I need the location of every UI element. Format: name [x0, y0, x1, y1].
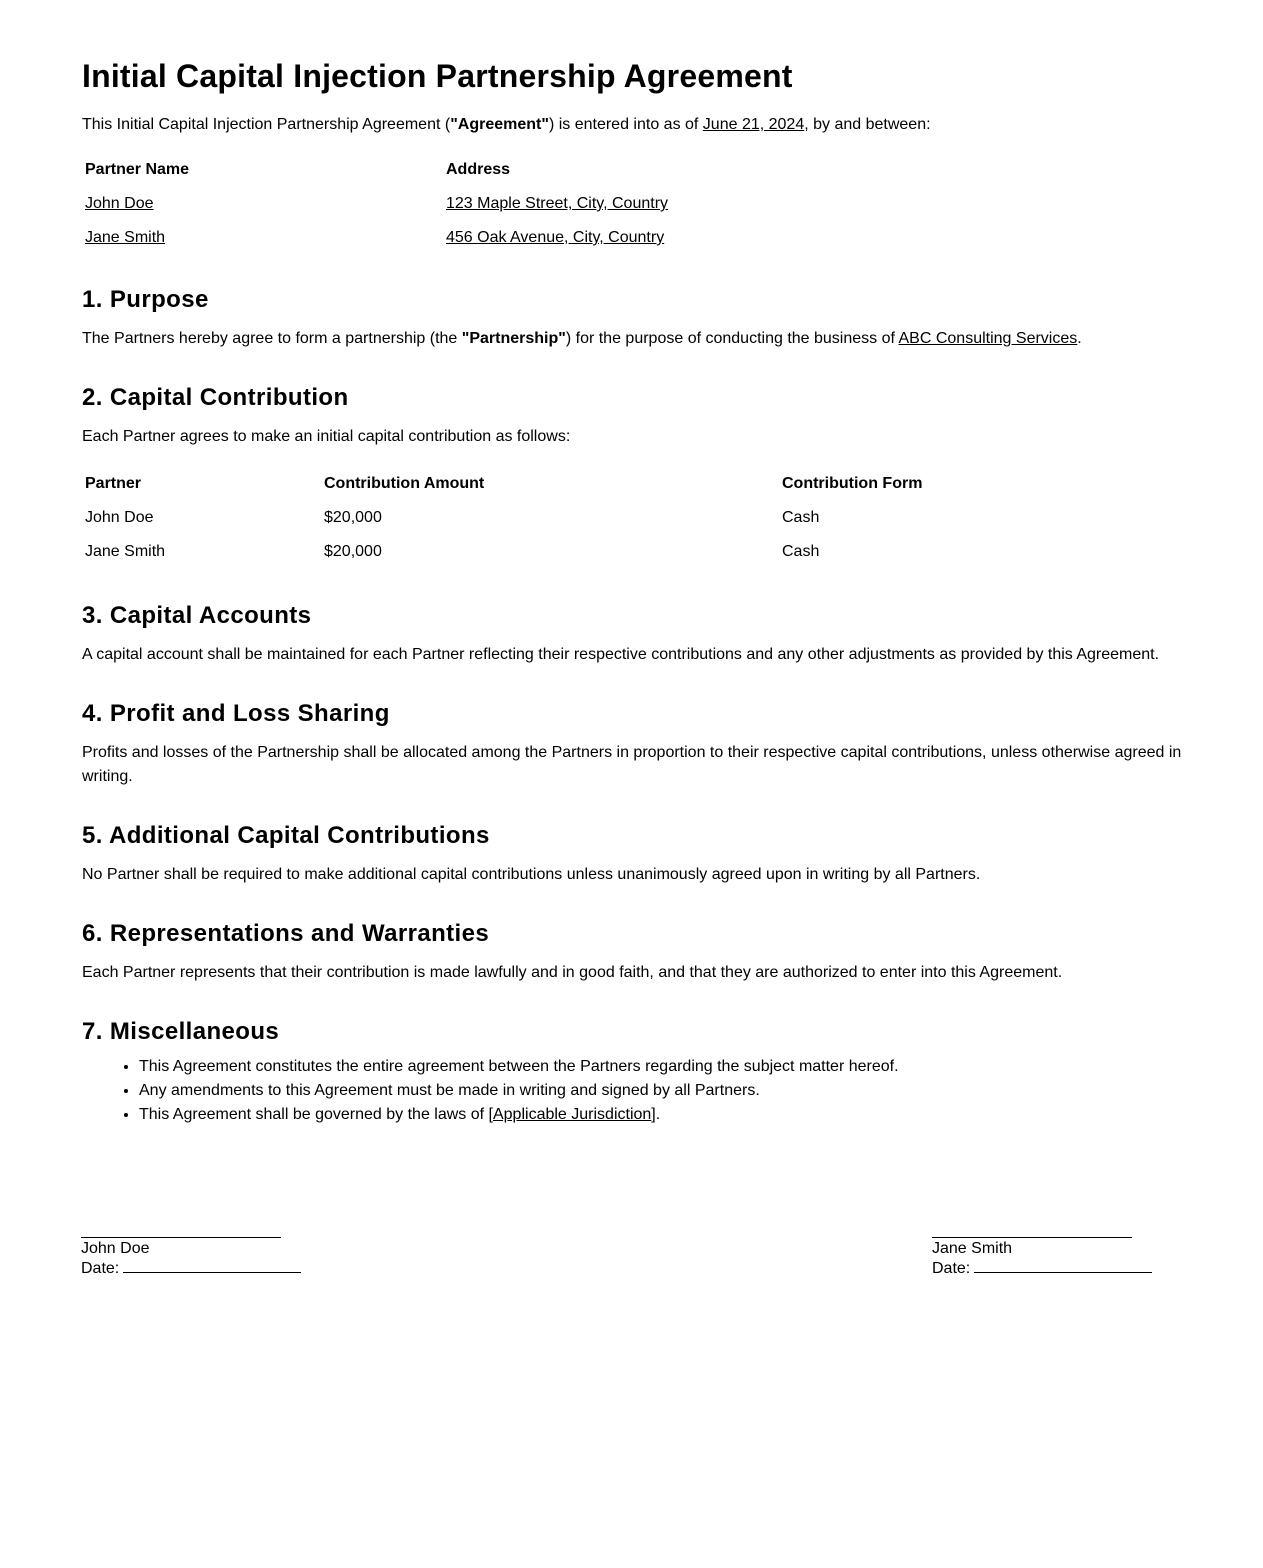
table-row: John Doe $20,000 Cash [85, 506, 922, 540]
column-header: Address [446, 158, 668, 192]
intro-text: ) is entered into as of [549, 116, 703, 133]
partner-address: 456 Oak Avenue, City, Country [446, 226, 668, 260]
agreement-document: Initial Capital Injection Partnership Ag… [82, 56, 1182, 260]
misc-list: This Agreement constitutes the entire ag… [82, 1055, 1182, 1127]
section-capital-accounts: 3. Capital Accounts A capital account sh… [82, 601, 1182, 667]
table-header-row: Partner Name Address [85, 158, 668, 192]
amount-cell: $20,000 [324, 540, 782, 574]
partner-address: 123 Maple Street, City, Country [446, 192, 668, 226]
date-field: Date: [81, 1258, 301, 1278]
business-name: ABC Consulting Services [899, 330, 1078, 347]
table-header-row: Partner Contribution Amount Contribution… [85, 472, 922, 506]
contribution-table: Partner Contribution Amount Contribution… [85, 472, 922, 574]
column-header: Partner [85, 472, 324, 506]
defined-term-agreement: "Agreement" [450, 116, 549, 133]
list-item-text: ]. [651, 1106, 660, 1123]
section-text: Each Partner represents that their contr… [82, 961, 1182, 985]
date-line [123, 1258, 301, 1273]
section-heading: 3. Capital Accounts [82, 601, 1182, 631]
purpose-text: The Partners hereby agree to form a part… [82, 330, 462, 347]
section-text: Profits and losses of the Partnership sh… [82, 741, 1182, 789]
section-profit-loss: 4. Profit and Loss Sharing Profits and l… [82, 699, 1182, 789]
signatory-name: John Doe [81, 1240, 301, 1258]
purpose-text: ) for the purpose of conducting the busi… [566, 330, 899, 347]
table-row: Jane Smith $20,000 Cash [85, 540, 922, 574]
signature-line [932, 1225, 1132, 1238]
date-label: Date: [932, 1260, 970, 1277]
section-heading: 7. Miscellaneous [82, 1017, 1182, 1047]
list-item: Any amendments to this Agreement must be… [139, 1079, 1182, 1103]
section-purpose: 1. Purpose The Partners hereby agree to … [82, 285, 1182, 351]
section-text: A capital account shall be maintained fo… [82, 643, 1182, 667]
section-miscellaneous: 7. Miscellaneous This Agreement constitu… [82, 1017, 1182, 1127]
section-capital-contribution: 2. Capital Contribution Each Partner agr… [82, 383, 1182, 574]
signature-block-jane-smith: Jane Smith Date: [932, 1225, 1152, 1278]
section-text: No Partner shall be required to make add… [82, 863, 1182, 887]
agreement-date: June 21, 2024 [703, 116, 804, 133]
defined-term-partnership: "Partnership" [462, 330, 566, 347]
section-heading: 6. Representations and Warranties [82, 919, 1182, 949]
purpose-text: . [1077, 330, 1081, 347]
intro-text: This Initial Capital Injection Partnersh… [82, 116, 450, 133]
date-label: Date: [81, 1260, 119, 1277]
table-row: Jane Smith 456 Oak Avenue, City, Country [85, 226, 668, 260]
jurisdiction-placeholder: Applicable Jurisdiction [493, 1106, 651, 1123]
intro-paragraph: This Initial Capital Injection Partnersh… [82, 113, 1182, 137]
date-line [974, 1258, 1152, 1273]
amount-cell: $20,000 [324, 506, 782, 540]
section-heading: 5. Additional Capital Contributions [82, 821, 1182, 851]
partner-cell: John Doe [85, 506, 324, 540]
section-heading: 2. Capital Contribution [82, 383, 1182, 413]
document-title: Initial Capital Injection Partnership Ag… [82, 56, 1182, 96]
column-header: Contribution Form [782, 472, 922, 506]
signature-block-john-doe: John Doe Date: [81, 1225, 301, 1278]
section-heading: 1. Purpose [82, 285, 1182, 315]
column-header: Partner Name [85, 158, 446, 192]
table-row: John Doe 123 Maple Street, City, Country [85, 192, 668, 226]
list-item: This Agreement constitutes the entire ag… [139, 1055, 1182, 1079]
form-cell: Cash [782, 540, 922, 574]
section-additional-capital: 5. Additional Capital Contributions No P… [82, 821, 1182, 887]
partner-name: John Doe [85, 192, 446, 226]
list-item: This Agreement shall be governed by the … [139, 1103, 1182, 1127]
section-text: Each Partner agrees to make an initial c… [82, 425, 1182, 449]
form-cell: Cash [782, 506, 922, 540]
partner-cell: Jane Smith [85, 540, 324, 574]
partner-name: Jane Smith [85, 226, 446, 260]
column-header: Contribution Amount [324, 472, 782, 506]
parties-table: Partner Name Address John Doe 123 Maple … [85, 158, 668, 260]
list-item-text: This Agreement shall be governed by the … [139, 1106, 493, 1123]
section-representations: 6. Representations and Warranties Each P… [82, 919, 1182, 985]
section-text: The Partners hereby agree to form a part… [82, 327, 1182, 351]
signature-line [81, 1225, 281, 1238]
section-heading: 4. Profit and Loss Sharing [82, 699, 1182, 729]
date-field: Date: [932, 1258, 1152, 1278]
signatory-name: Jane Smith [932, 1240, 1152, 1258]
intro-text: , by and between: [804, 116, 930, 133]
